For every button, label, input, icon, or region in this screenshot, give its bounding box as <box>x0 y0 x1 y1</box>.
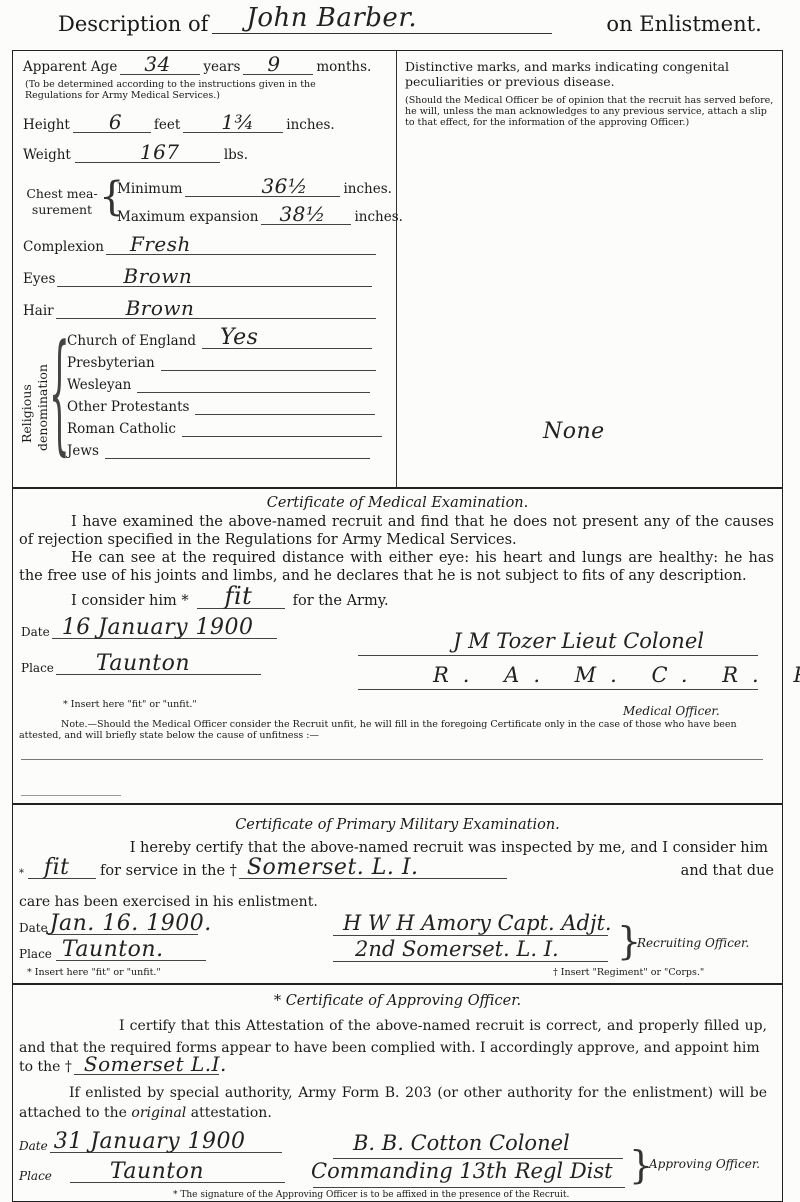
chest-max-inches-label: inches. <box>354 209 402 225</box>
primary-para-1: I hereby certify that the above-named re… <box>108 839 768 857</box>
medical-place-field: Taunton <box>56 657 261 675</box>
religion-field <box>137 375 370 393</box>
feet-label: feet <box>154 117 180 133</box>
complexion-field: Fresh <box>106 237 376 255</box>
religion-label: Other Protestants <box>67 399 189 415</box>
eyes-label: Eyes <box>23 271 55 287</box>
document-title: Description of John Barber. on Enlistmen… <box>58 4 800 40</box>
chest-label-2: surement <box>23 202 101 218</box>
date-label: Date <box>19 921 48 935</box>
approving-para-2-italic: original <box>131 1105 186 1121</box>
distinctive-marks-note: (Should the Medical Officer be of opinio… <box>405 95 775 128</box>
chest-min-label: Minimum <box>117 181 182 197</box>
primary-date-value: Jan. 16. 1900. <box>50 911 212 936</box>
title-suffix: on Enlistment. <box>606 12 761 40</box>
primary-date-field: Jan. 16. 1900. <box>48 917 198 935</box>
height-inches-field: 1¾ <box>183 115 283 133</box>
distinctive-marks-value: None <box>543 419 605 444</box>
chest-max-value: 38½ <box>279 202 325 226</box>
chest-max-label: Maximum expansion <box>117 209 258 225</box>
title-prefix: Description of <box>58 12 208 40</box>
chest-label: Chest mea- surement <box>23 186 101 218</box>
consider-label: I consider him * <box>71 593 189 609</box>
height-row: Height 6 feet 1¾ inches. <box>23 115 335 133</box>
approving-para-2: If enlisted by special authority, Army F… <box>19 1083 767 1123</box>
medical-signature-line-1 <box>358 655 758 656</box>
inches-label: inches. <box>286 117 334 133</box>
distinctive-marks-heading: Distinctive marks, and marks indicating … <box>405 59 775 89</box>
medical-certificate-title: Certificate of Medical Examination. <box>13 495 782 511</box>
place-label: Place <box>19 947 52 961</box>
religion-label-2: denomination <box>35 364 50 451</box>
recruit-name-field: John Barber. <box>212 4 552 34</box>
apparent-age-row: Apparent Age 34 years 9 months. <box>23 57 371 75</box>
chest-min-field: 36½ <box>185 179 340 197</box>
weight-field: 167 <box>75 145 220 163</box>
age-months-value: 9 <box>267 52 280 76</box>
months-label: months. <box>316 59 371 75</box>
primary-fit-value: fit <box>44 855 70 880</box>
medical-officer-unit: R. A. M. C. R. P. <box>433 663 800 687</box>
primary-date-row: Date Jan. 16. 1900. <box>19 917 198 935</box>
approving-date-field: 31 January 1900 <box>50 1135 282 1153</box>
recruiting-officer-unit: 2nd Somerset. L. I. <box>355 937 559 961</box>
chest-maximum-row: Maximum expansion 38½ inches. <box>117 207 403 225</box>
primary-para-end: care has been exercised in his enlistmen… <box>19 893 318 911</box>
date-label: Date <box>19 1139 48 1153</box>
approving-place-value: Taunton <box>110 1159 204 1184</box>
regiment-insert-note: † Insert "Regiment" or "Corps." <box>553 967 704 978</box>
service-regiment-field: Somerset. L. I. <box>239 861 507 879</box>
religion-label-1: Religious <box>19 384 34 443</box>
religion-label: Presbyterian <box>67 355 155 371</box>
medical-officer-label: Medical Officer. <box>623 704 720 718</box>
primary-insert-note: * Insert here "fit" or "unfit." <box>27 967 161 978</box>
approving-officer-signature: B. B. Cotton Colonel <box>353 1131 570 1155</box>
religion-label: Wesleyan <box>67 377 131 393</box>
medical-para-2: He can see at the required distance with… <box>19 549 774 585</box>
chest-min-value: 36½ <box>261 174 307 198</box>
age-months-field: 9 <box>243 57 313 75</box>
years-label: years <box>203 59 240 75</box>
weight-label: Weight <box>23 147 71 163</box>
place-label: Place <box>19 1169 52 1183</box>
attestation-page: Description of John Barber. on Enlistmen… <box>0 0 800 1202</box>
approving-officer-unit: Commanding 13th Regl Dist <box>311 1159 613 1183</box>
consider-row: I consider him * fit for the Army. <box>71 591 389 609</box>
for-army-label: for the Army. <box>293 593 389 609</box>
unfitness-reason-line-2 <box>21 795 121 796</box>
date-label: Date <box>21 625 50 639</box>
religion-label: Roman Catholic <box>67 421 176 437</box>
religion-field <box>161 353 376 371</box>
eyes-field: Brown <box>57 269 372 287</box>
age-note: (To be determined according to the instr… <box>25 79 375 101</box>
lbs-label: lbs. <box>224 147 248 163</box>
height-inches-value: 1¾ <box>221 110 254 134</box>
unfitness-reason-line-1 <box>21 759 763 760</box>
religion-row-roman-catholic: Roman Catholic <box>67 419 382 437</box>
primary-place-field: Taunton. <box>56 943 206 961</box>
primary-fit-field: fit <box>28 861 96 879</box>
primary-place-value: Taunton. <box>62 937 164 962</box>
medical-date-field: 16 January 1900 <box>52 621 277 639</box>
primary-signature-line-1 <box>333 935 608 936</box>
approving-para-2b: attestation. <box>191 1105 272 1121</box>
medical-certificate-section: Certificate of Medical Examination. I ha… <box>12 488 783 804</box>
medical-place-value: Taunton <box>96 651 190 676</box>
medical-date-value: 16 January 1900 <box>62 615 254 640</box>
approving-certificate-title: * Certificate of Approving Officer. <box>13 993 782 1009</box>
religion-field <box>105 441 370 459</box>
religion-row-jews: Jews <box>67 441 370 459</box>
primary-place-row: Place Taunton. <box>19 943 206 961</box>
approving-place-row: Place Taunton <box>19 1165 285 1183</box>
medical-place-row: Place Taunton <box>21 657 261 675</box>
complexion-label: Complexion <box>23 239 104 255</box>
distinctive-marks-section: Distinctive marks, and marks indicating … <box>405 59 775 128</box>
approving-officer-label: Approving Officer. <box>649 1157 760 1171</box>
fit-prefix: * <box>19 868 24 879</box>
approving-date-row: Date 31 January 1900 <box>19 1135 282 1153</box>
religion-field: Yes <box>202 331 372 349</box>
approving-date-value: 31 January 1900 <box>54 1129 246 1154</box>
hair-value: Brown <box>126 296 195 320</box>
medical-unfit-note: Note.—Should the Medical Officer conside… <box>19 719 759 741</box>
primary-signature-line-2 <box>333 961 608 962</box>
complexion-row: Complexion Fresh <box>23 237 376 255</box>
weight-value: 167 <box>140 140 180 164</box>
recruiting-officer-label: Recruiting Officer. <box>637 936 749 950</box>
approving-place-field: Taunton <box>70 1165 285 1183</box>
description-section: Apparent Age 34 years 9 months. (To be d… <box>12 50 783 488</box>
approving-signature-line-2 <box>313 1187 625 1188</box>
chest-label-1: Chest mea- <box>23 186 101 202</box>
complexion-value: Fresh <box>130 232 191 256</box>
appoint-row: to the † Somerset L.I. <box>19 1057 219 1075</box>
medical-signature-line-2 <box>358 689 758 690</box>
religion-field <box>182 419 382 437</box>
apparent-age-label: Apparent Age <box>23 59 117 75</box>
medical-insert-note: * Insert here "fit" or "unfit." <box>63 699 197 710</box>
to-the-label: to the † <box>19 1059 72 1075</box>
religion-row-other-protestants: Other Protestants <box>67 397 375 415</box>
height-feet-value: 6 <box>109 110 122 134</box>
chest-min-inches-label: inches. <box>343 181 391 197</box>
chest-minimum-row: Minimum 36½ inches. <box>117 179 392 197</box>
weight-row: Weight 167 lbs. <box>23 145 248 163</box>
due-care-label: and that due <box>681 863 774 879</box>
primary-fit-row: * fit for service in the † Somerset. L. … <box>19 861 774 879</box>
primary-certificate-title: Certificate of Primary Military Examinat… <box>13 817 782 833</box>
age-years-value: 34 <box>144 52 170 76</box>
religion-label: Church of England <box>67 333 196 349</box>
service-label: for service in the † <box>100 863 237 879</box>
recruiting-officer-signature: H W H Amory Capt. Adjt. <box>343 911 612 935</box>
religion-row-church-of-england: Church of England Yes <box>67 331 372 349</box>
medical-para-1: I have examined the above-named recruit … <box>19 513 774 549</box>
religion-value: Yes <box>220 325 258 350</box>
consider-field: fit <box>197 591 285 609</box>
religion-label: Jews <box>67 443 99 459</box>
height-label: Height <box>23 117 70 133</box>
medical-officer-signature: J M Tozer Lieut Colonel <box>453 629 704 653</box>
age-years-field: 34 <box>120 57 200 75</box>
approving-footnote: * The signature of the Approving Officer… <box>173 1190 569 1201</box>
consider-value: fit <box>225 582 253 610</box>
approving-officer-certificate-section: * Certificate of Approving Officer. I ce… <box>12 984 783 1202</box>
eyes-row: Eyes Brown <box>23 269 372 287</box>
eyes-value: Brown <box>123 264 192 288</box>
primary-military-certificate-section: Certificate of Primary Military Examinat… <box>12 804 783 984</box>
appoint-field: Somerset L.I. <box>74 1057 219 1075</box>
medical-date-row: Date 16 January 1900 <box>21 621 277 639</box>
hair-field: Brown <box>56 301 376 319</box>
place-label: Place <box>21 661 54 675</box>
service-regiment-value: Somerset. L. I. <box>247 855 419 880</box>
column-divider <box>396 51 397 487</box>
appoint-value: Somerset L.I. <box>84 1052 227 1076</box>
religion-row-presbyterian: Presbyterian <box>67 353 376 371</box>
chest-max-field: 38½ <box>261 207 351 225</box>
recruit-name: John Barber. <box>246 3 417 33</box>
height-feet-field: 6 <box>73 115 151 133</box>
religion-row-wesleyan: Wesleyan <box>67 375 370 393</box>
religion-field <box>195 397 375 415</box>
hair-row: Hair Brown <box>23 301 376 319</box>
